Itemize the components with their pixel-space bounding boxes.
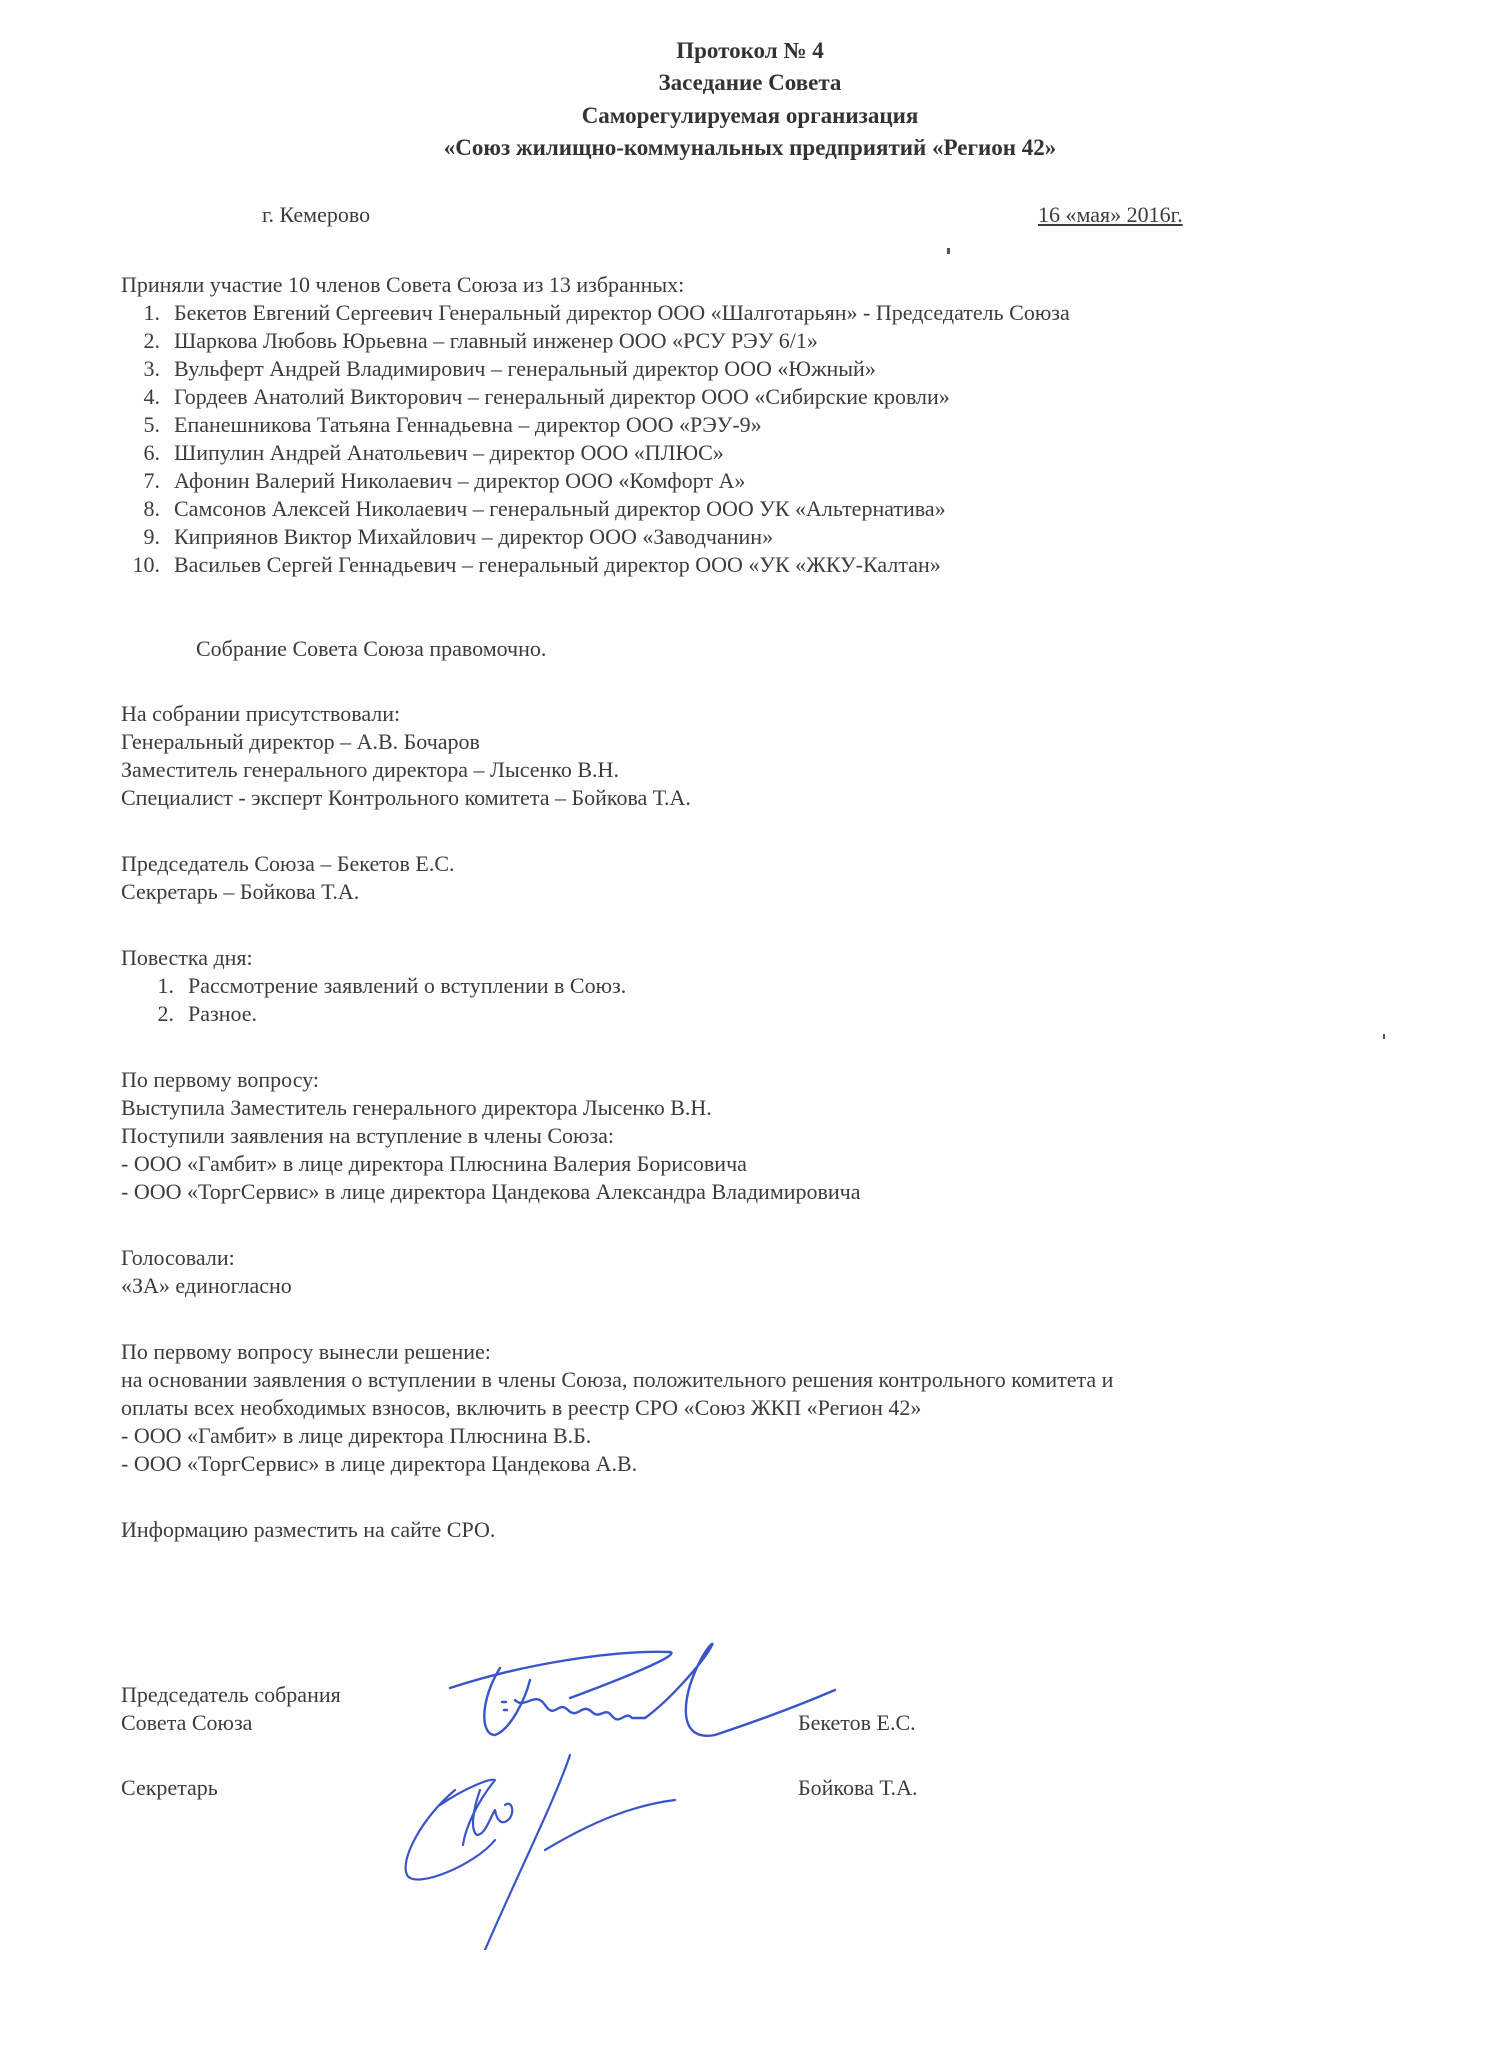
decision-line: - ООО «Гамбит» в лице директора Плюснина… [121,1422,591,1450]
quorum-statement: Собрание Совета Союза правомочно. [196,635,546,663]
attendee-line: Специалист - эксперт Контрольного комите… [121,784,691,812]
first-question-heading: По первому вопросу: [121,1066,319,1094]
application-item: - ООО «Гамбит» в лице директора Плюснина… [121,1150,747,1178]
member-list-item: 2.Шаркова Любовь Юрьевна – главный инжен… [112,327,818,355]
first-question-line: Выступила Заместитель генерального дирек… [121,1094,712,1122]
vote-result: «ЗА» единогласно [121,1272,292,1300]
scan-speck [1383,1034,1385,1039]
participants-intro: Приняли участие 10 членов Совета Союза и… [121,271,684,299]
organization-name-title: «Союз жилищно-коммунальных предприятий «… [0,133,1500,163]
member-list-item: 10.Васильев Сергей Геннадьевич – генерал… [112,551,941,579]
vote-heading: Голосовали: [121,1244,235,1272]
member-list-item: 7.Афонин Валерий Николаевич – директор О… [112,467,745,495]
protocol-number-title: Протокол № 4 [0,36,1500,66]
secretary-signature-name: Бойкова Т.А. [798,1774,917,1802]
application-item: - ООО «ТоргСервис» в лице директора Цанд… [121,1178,861,1206]
attendee-line: Генеральный директор – А.В. Бочаров [121,728,480,756]
decision-line: - ООО «ТоргСервис» в лице директора Цанд… [121,1450,637,1478]
secretary-line: Секретарь – Бойкова Т.А. [121,878,359,906]
chairman-signature-label-line2: Совета Союза [121,1709,252,1737]
agenda-item: 1.Рассмотрение заявлений о вступлении в … [126,972,626,1000]
city: г. Кемерово [262,201,370,229]
member-list-item: 3.Вульферт Андрей Владимирович – генерал… [112,355,876,383]
secretary-signature-label: Секретарь [121,1774,218,1802]
document-page: Протокол № 4 Заседание Совета Саморегули… [0,0,1500,2052]
first-question-line: Поступили заявления на вступление в член… [121,1122,614,1150]
chairman-signature-label-line1: Председатель собрания [121,1681,341,1709]
scan-speck [947,248,950,254]
decision-line: оплаты всех необходимых взносов, включит… [121,1394,921,1422]
secretary-signature-icon [395,1750,715,1950]
member-list-item: 6.Шипулин Андрей Анатольевич – директор … [112,439,724,467]
decision-heading: По первому вопросу вынесли решение: [121,1338,491,1366]
meeting-title: Заседание Совета [0,68,1500,98]
attendees-heading: На собрании присутствовали: [121,700,400,728]
meeting-date: 16 «мая» 2016г. [1038,201,1183,229]
member-list-item: 5.Епанешникова Татьяна Геннадьевна – дир… [112,411,762,439]
decision-line: на основании заявления о вступлении в чл… [121,1366,1113,1394]
organization-type-title: Саморегулируемая организация [0,101,1500,131]
member-list-item: 1.Бекетов Евгений Сергеевич Генеральный … [112,299,1070,327]
agenda-item: 2.Разное. [126,1000,257,1028]
member-list-item: 4.Гордеев Анатолий Викторович – генераль… [112,383,950,411]
publish-instruction: Информацию разместить на сайте СРО. [121,1516,495,1544]
member-list-item: 9.Киприянов Виктор Михайлович – директор… [112,523,773,551]
member-list-item: 8.Самсонов Алексей Николаевич – генераль… [112,495,946,523]
agenda-heading: Повестка дня: [121,944,253,972]
attendee-line: Заместитель генерального директора – Лыс… [121,756,619,784]
chairman-line: Председатель Союза – Бекетов Е.С. [121,850,455,878]
